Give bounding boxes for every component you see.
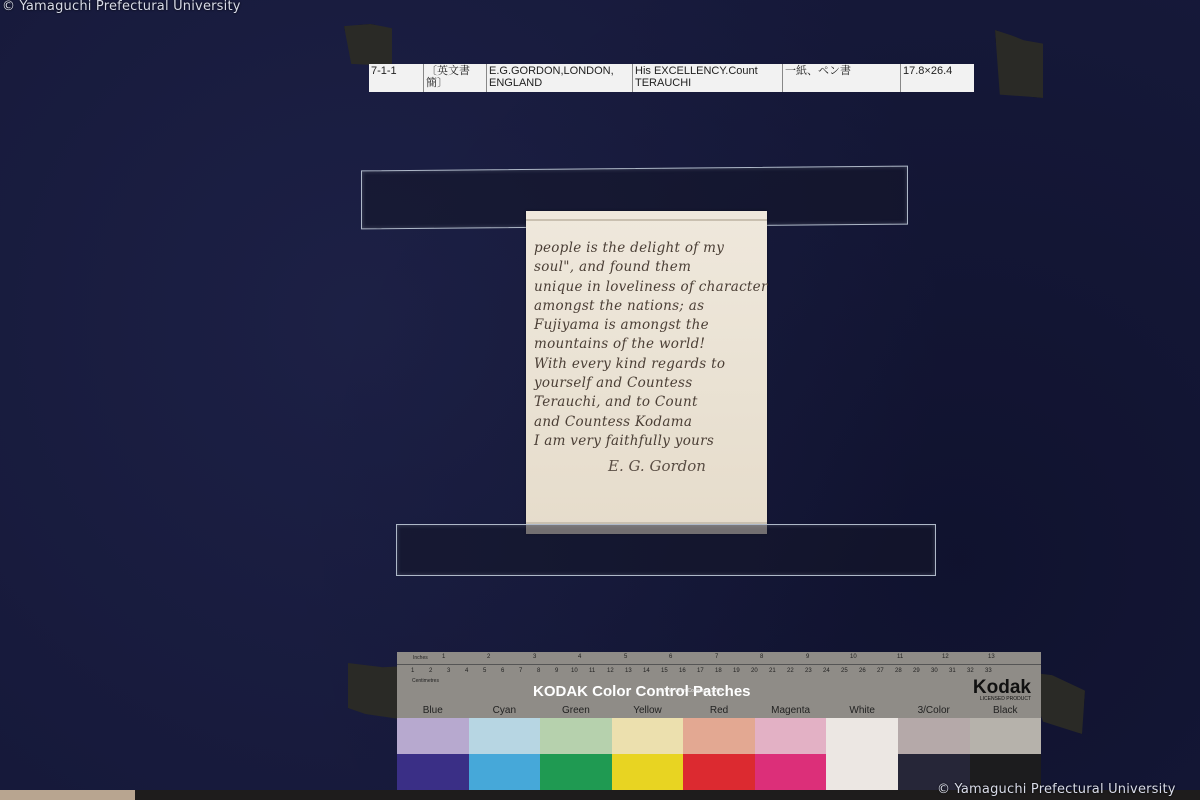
- inch-tick: 11: [897, 654, 903, 660]
- patch-white: [826, 718, 898, 790]
- inch-tick: 2: [487, 654, 490, 660]
- letter-line: Fujiyama is amongst the: [534, 316, 766, 335]
- patch-cyan-dark: [469, 754, 541, 790]
- cm-tick: 25: [841, 668, 848, 674]
- cm-tick: 26: [859, 668, 866, 674]
- copyright-watermark-bottom: © Yamaguchi Prefectural University: [937, 782, 1176, 797]
- patch-label-cyan: Cyan: [469, 705, 541, 716]
- patch-label-magenta: Magenta: [755, 705, 827, 716]
- letter-line: Terauchi, and to Count: [534, 393, 766, 412]
- letter-text: people is the delight of my soul", and f…: [534, 239, 766, 451]
- cm-tick: 31: [949, 668, 956, 674]
- acrylic-bar-bottom: [396, 524, 936, 576]
- letter-line: and Countess Kodama: [534, 413, 766, 432]
- letter-line: mountains of the world!: [534, 335, 766, 354]
- patch-blue: [397, 718, 469, 790]
- inch-tick: 12: [942, 654, 949, 660]
- cm-tick: 20: [751, 668, 758, 674]
- cm-tick: 16: [679, 668, 686, 674]
- inch-tick: 4: [578, 654, 581, 660]
- inch-tick: 6: [669, 654, 672, 660]
- patch-yellow-light: [612, 718, 684, 754]
- kodak-color-card: Inches 1 2 3 4 5 6 7 8 9 10 11 12 13 1 2…: [397, 652, 1041, 718]
- cm-tick: 7: [519, 668, 522, 674]
- cm-tick: 10: [571, 668, 578, 674]
- patch-red-dark: [683, 754, 755, 790]
- letter-signature: E. G. Gordon: [608, 457, 706, 475]
- cm-tick: 21: [769, 668, 776, 674]
- cm-tick: 24: [823, 668, 830, 674]
- patch-labels: Blue Cyan Green Yellow Red Magenta White…: [397, 705, 1041, 716]
- patch-white-light: [826, 718, 898, 754]
- cm-tick: 11: [589, 668, 595, 674]
- label-size: 17.8×26.4: [901, 64, 971, 92]
- inch-tick: 13: [988, 654, 995, 660]
- patch-green: [540, 718, 612, 790]
- letter-line: people is the delight of my: [534, 239, 766, 258]
- bottom-edge-beige: [0, 790, 135, 800]
- inch-tick: 10: [850, 654, 857, 660]
- patch-black: [970, 718, 1042, 790]
- cm-tick: 3: [447, 668, 450, 674]
- ruler-centimetres: 1 2 3 4 5 6 7 8 9 10 11 12 13 14 15 16 1…: [397, 665, 1041, 677]
- letter-line: With every kind regards to: [534, 355, 766, 374]
- label-format: 一紙、ペン書: [783, 64, 901, 92]
- letter-line: I am very faithfully yours: [534, 432, 766, 451]
- cm-tick: 6: [501, 668, 504, 674]
- cm-tick: 15: [661, 668, 668, 674]
- cm-tick: 5: [483, 668, 486, 674]
- cm-tick: 22: [787, 668, 794, 674]
- ruler-inches: Inches 1 2 3 4 5 6 7 8 9 10 11 12 13: [397, 652, 1041, 665]
- patch-label-white: White: [826, 705, 898, 716]
- cm-tick: 23: [805, 668, 812, 674]
- patch-label-red: Red: [683, 705, 755, 716]
- patch-white-dark: [826, 754, 898, 790]
- patch-label-black: Black: [970, 705, 1042, 716]
- inch-tick: 3: [533, 654, 536, 660]
- cm-tick: 30: [931, 668, 938, 674]
- cm-tick: 19: [733, 668, 740, 674]
- letter-line: amongst the nations; as: [534, 297, 766, 316]
- patch-3color-light: [898, 718, 970, 754]
- patch-3color: [898, 718, 970, 790]
- inch-tick: 1: [442, 654, 445, 660]
- inch-tick: 9: [806, 654, 809, 660]
- patch-blue-dark: [397, 754, 469, 790]
- cm-tick: 17: [697, 668, 704, 674]
- ruler-cm-label: Centimetres: [412, 678, 439, 684]
- tape-top-left: [344, 24, 392, 66]
- inch-tick: 7: [715, 654, 718, 660]
- color-patches: [397, 718, 1041, 790]
- patch-magenta: [755, 718, 827, 790]
- patch-red-light: [683, 718, 755, 754]
- patch-cyan: [469, 718, 541, 790]
- cm-tick: 33: [985, 668, 992, 674]
- patch-green-light: [540, 718, 612, 754]
- patch-green-dark: [540, 754, 612, 790]
- cm-tick: 32: [967, 668, 974, 674]
- patch-label-yellow: Yellow: [612, 705, 684, 716]
- label-sender: E.G.GORDON,LONDON, ENGLAND: [487, 64, 633, 92]
- patch-label-green: Green: [540, 705, 612, 716]
- cm-tick: 28: [895, 668, 902, 674]
- label-id: 7-1-1: [369, 64, 424, 92]
- label-recipient: His EXCELLENCY.Count TERAUCHI: [633, 64, 783, 92]
- patch-black-light: [970, 718, 1042, 754]
- cm-tick: 9: [555, 668, 558, 674]
- kodak-licensed-text: LICENSED PRODUCT: [980, 696, 1031, 702]
- cm-tick: 13: [625, 668, 632, 674]
- patch-magenta-light: [755, 718, 827, 754]
- patch-label-blue: Blue: [397, 705, 469, 716]
- cm-tick: 27: [877, 668, 884, 674]
- catalog-label: 7-1-1 〔英文書簡〕 E.G.GORDON,LONDON, ENGLAND …: [369, 64, 974, 92]
- patch-red: [683, 718, 755, 790]
- label-category: 〔英文書簡〕: [424, 64, 487, 92]
- cm-tick: 12: [607, 668, 614, 674]
- patch-magenta-dark: [755, 754, 827, 790]
- cm-tick: 14: [643, 668, 650, 674]
- fold-line-top: [526, 219, 767, 221]
- kodak-copyright: © The Tiffen Company, 2000: [659, 688, 722, 694]
- inch-tick: 5: [624, 654, 627, 660]
- patch-cyan-light: [469, 718, 541, 754]
- letter-line: unique in loveliness of character: [534, 278, 766, 297]
- cm-tick: 8: [537, 668, 540, 674]
- cm-tick: 18: [715, 668, 722, 674]
- patch-label-3color: 3/Color: [898, 705, 970, 716]
- patch-yellow-dark: [612, 754, 684, 790]
- cm-tick: 2: [429, 668, 432, 674]
- ruler-inches-label: Inches: [413, 655, 428, 661]
- letter-line: soul", and found them: [534, 258, 766, 277]
- cm-tick: 1: [411, 668, 414, 674]
- inch-tick: 8: [760, 654, 763, 660]
- copyright-watermark-top: © Yamaguchi Prefectural University: [2, 0, 241, 14]
- patch-blue-light: [397, 718, 469, 754]
- cm-tick: 29: [913, 668, 920, 674]
- patch-yellow: [612, 718, 684, 790]
- tape-top-right: [995, 30, 1043, 98]
- letter-line: yourself and Countess: [534, 374, 766, 393]
- cm-tick: 4: [465, 668, 468, 674]
- letter-sheet: people is the delight of my soul", and f…: [526, 211, 767, 534]
